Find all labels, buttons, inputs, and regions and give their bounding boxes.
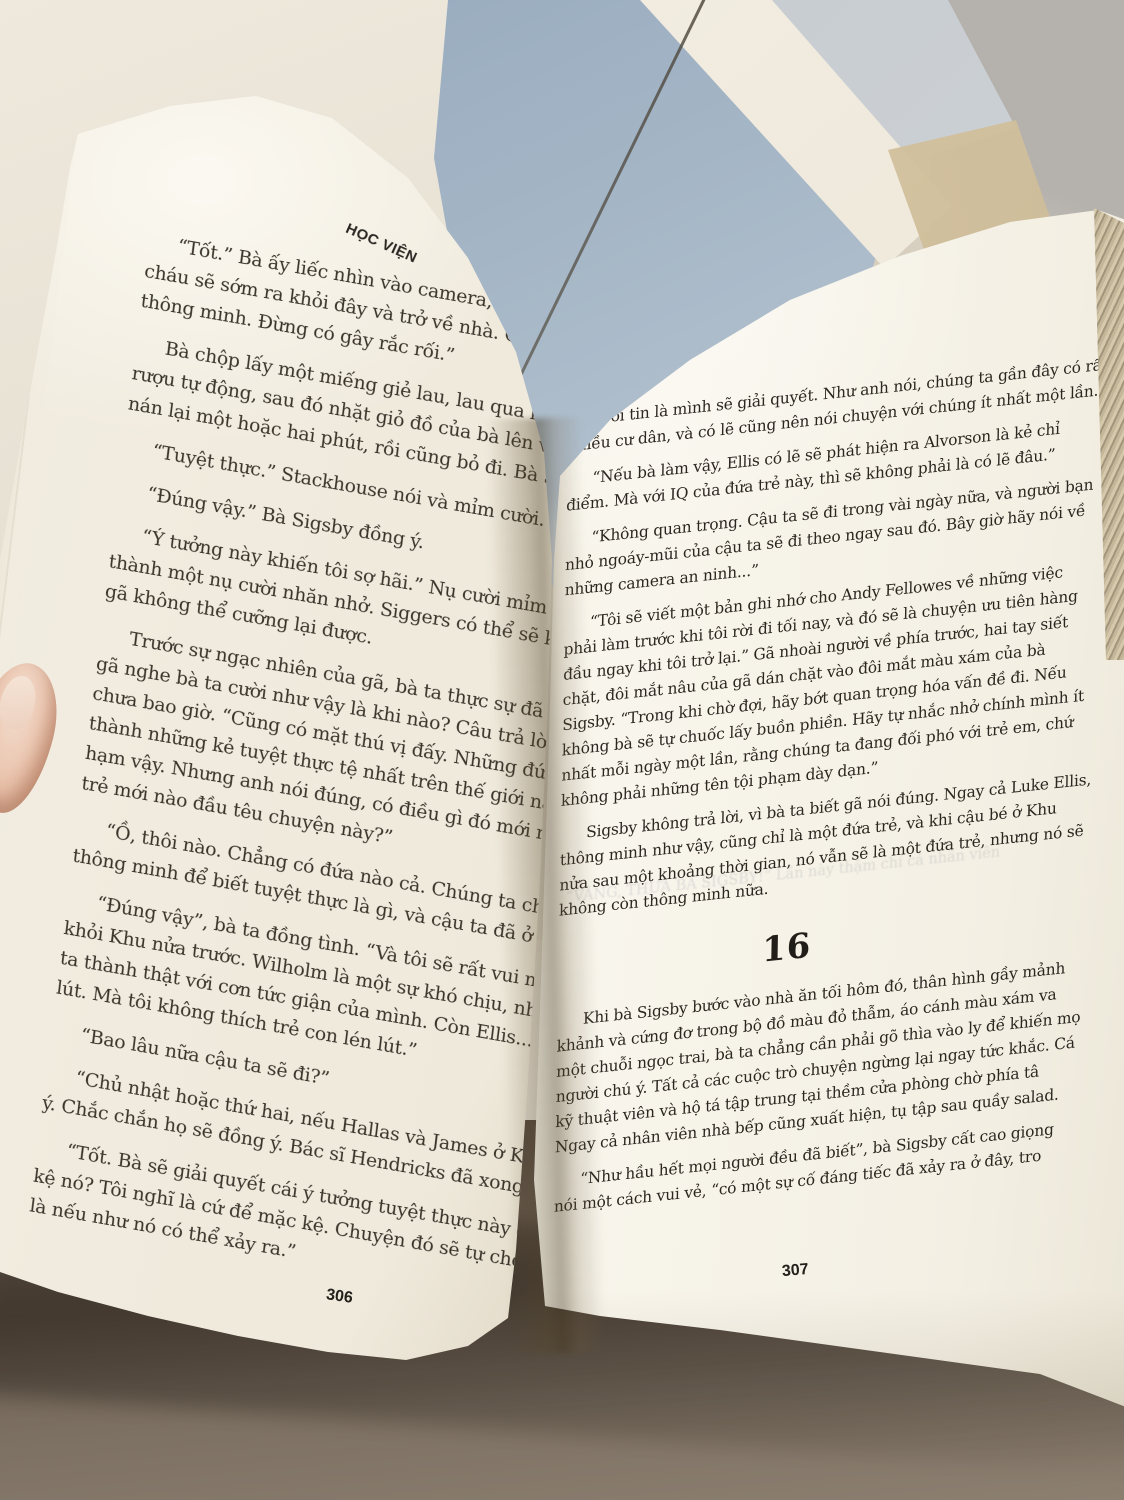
thumb-nail [0,672,41,733]
page-number-right: 307 [781,1261,809,1281]
right-page-lines-2: Khi bà Sigsby bước vào nhà ăn tối hôm đó… [554,943,1124,1220]
running-head-left: HỌC VIỆN [343,220,420,267]
page-number-left: 306 [325,1286,354,1308]
right-page-lines-1: “Tôi tin là mình sẽ giải quyết. Như anh … [559,342,1124,924]
book-photo-scene: HỌC VIỆN “Tốt.” Bà ấy liếc nhìn vào came… [0,0,1124,1500]
right-page-text: “Tôi tin là mình sẽ giải quyết. Như anh … [554,333,1124,1220]
